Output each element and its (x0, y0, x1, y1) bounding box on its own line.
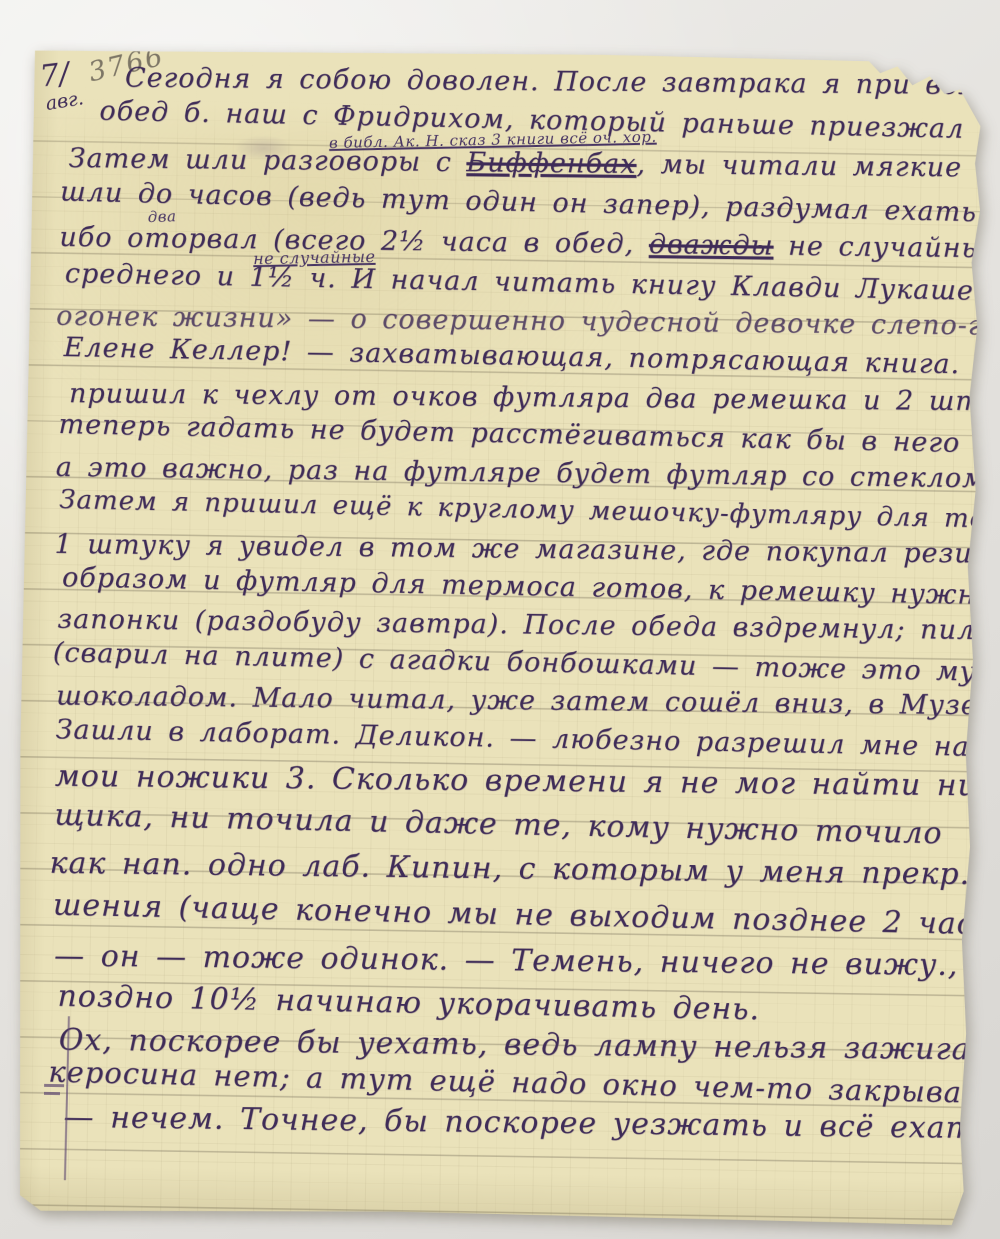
handwriting-line: Зашли в лаборат. Деликон. — любезно разр… (55, 714, 1000, 765)
handwriting-layer: Сегодня я собою доволен. После завтрака … (30, 44, 983, 59)
margin-dash-mark (44, 1092, 60, 1095)
paper-sheet: 3766 7/ авг. Сегодня я собою доволен. По… (12, 44, 983, 1227)
handwriting-line: поздно 10½ начинаю укорачивать день. (57, 979, 760, 1027)
handwriting-line: Сегодня я собою доволен. После завтрака … (125, 63, 1000, 103)
date-marker-month: авг. (44, 87, 85, 115)
margin-dash-mark (44, 1084, 64, 1087)
handwriting-line: шения (чаще конечно мы не выходим поздне… (53, 888, 975, 942)
manuscript-page: 3766 7/ авг. Сегодня я собою доволен. По… (12, 44, 983, 1227)
scan-background: 3766 7/ авг. Сегодня я собою доволен. По… (0, 0, 1000, 1239)
interline-insertion: два (147, 207, 176, 226)
handwriting-line: мои ножики 3. Сколько времени я не мог н… (55, 759, 1000, 805)
interline-insertion: не случайные (253, 247, 376, 268)
handwriting-line: — он — тоже одинок. — Темень, ничего не … (54, 938, 993, 983)
crossed-out-word: дважды (649, 229, 774, 262)
crossed-out-word: Биффенбах (466, 147, 636, 180)
handwriting-line: ибо оторвал (всего 2½ часа в обед, дважд… (59, 222, 1000, 266)
handwriting-line: как нап. одно лаб. Кипин, с которым у ме… (49, 846, 1000, 894)
interline-notes-layer: в библ. Ак. Н. сказ 3 книги всё оч. хор.… (30, 44, 983, 59)
handwriting-line: щика, ни точила и даже те, кому нужно то… (54, 798, 943, 852)
handwriting-line: шоколадом. Мало читал, уже затем сошёл в… (56, 681, 1000, 722)
